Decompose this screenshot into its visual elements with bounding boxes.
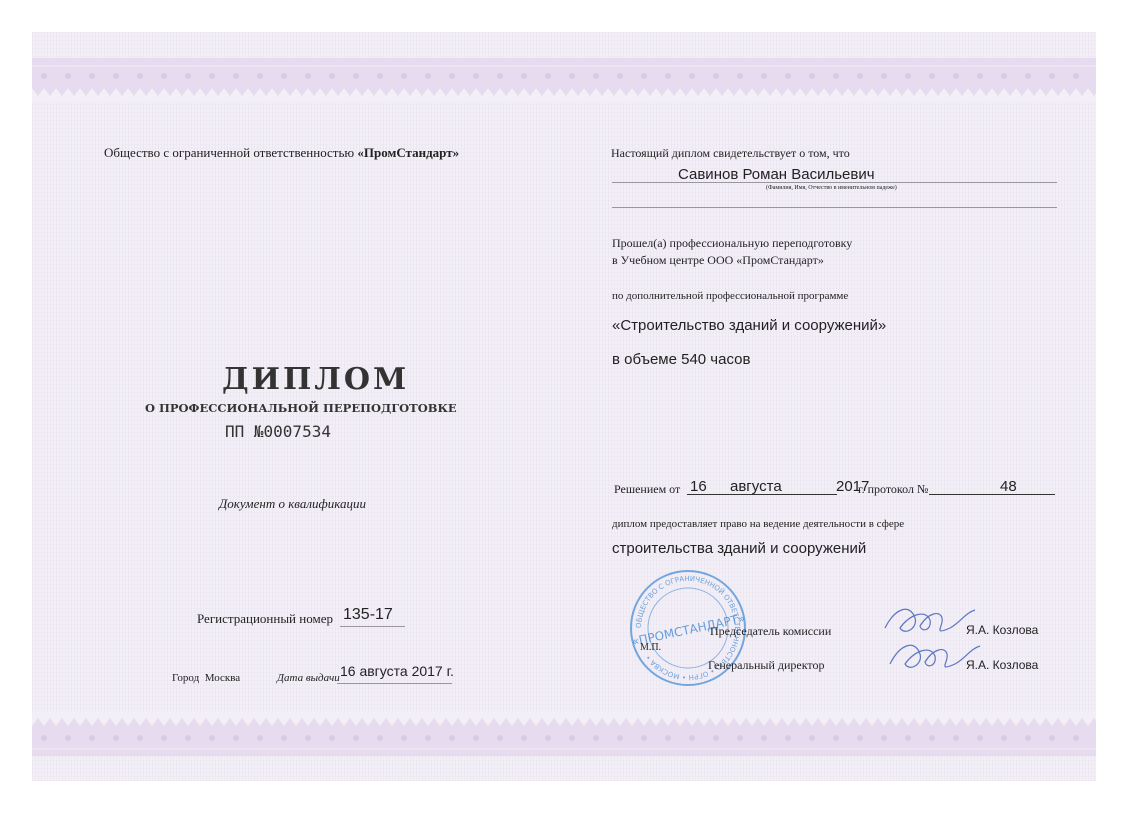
name-caption: (Фамилия, Имя, Отчество в именительном п… <box>766 185 897 191</box>
stamp-mark: М.П. <box>640 642 661 653</box>
issuer-name: «ПромСтандарт» <box>357 145 459 160</box>
decision-day: 16 <box>690 478 707 495</box>
decorative-band-bottom <box>32 712 1096 756</box>
certify-intro: Настоящий диплом свидетельствует о том, … <box>611 146 850 161</box>
issue-date-underline <box>337 683 452 684</box>
registration-number: 135-17 <box>343 606 393 624</box>
program-volume: в объеме 540 часов <box>612 351 750 368</box>
signatory-name-director: Я.А. Козлова <box>966 658 1038 672</box>
issue-date-value: 16 августа 2017 г. <box>340 663 454 679</box>
protocol-number: 48 <box>1000 478 1017 495</box>
city-label: Город <box>172 672 199 684</box>
diploma-serial-number: ПП №0007534 <box>225 422 331 441</box>
decorative-band-top <box>32 58 1096 102</box>
signatory-name-chairman: Я.А. Козлова <box>966 623 1038 637</box>
protocol-underline <box>929 494 1055 495</box>
issuer-label: Общество с ограниченной ответственностью <box>104 145 354 160</box>
issuer-line: Общество с ограниченной ответственностью… <box>104 145 459 161</box>
completed-line-2: в Учебном центре ООО «ПромСтандарт» <box>612 253 824 268</box>
completed-line-1: Прошел(а) профессиональную переподготовк… <box>612 236 852 251</box>
signatory-role-director: Генеральный директор <box>708 658 825 673</box>
decision-month: августа <box>730 478 782 495</box>
decision-label: Решением от <box>614 482 680 497</box>
issue-date-label: Дата выдачи <box>277 672 340 684</box>
activity-sphere: строительства зданий и сооружений <box>612 540 866 557</box>
signature-director-icon <box>885 634 985 679</box>
document-type: Документ о квалификации <box>219 496 366 512</box>
diploma-subtitle: О ПРОФЕССИОНАЛЬНОЙ ПЕРЕПОДГОТОВКЕ <box>145 401 457 415</box>
rights-text: диплом предоставляет право на ведение де… <box>612 518 904 530</box>
protocol-label: г. протокол № <box>858 482 928 497</box>
registration-label: Регистрационный номер <box>197 611 333 627</box>
holder-name: Савинов Роман Васильевич <box>678 166 875 183</box>
program-name: «Строительство зданий и сооружений» <box>612 317 886 334</box>
registration-underline <box>340 626 405 627</box>
city-value: Москва <box>205 672 240 684</box>
diploma-title: ДИПЛОМ <box>222 362 409 397</box>
city-line: Город Москва <box>172 672 240 684</box>
program-label: по дополнительной профессиональной прогр… <box>612 290 848 302</box>
name-underline-2 <box>612 207 1057 208</box>
signatory-role-chairman: Председатель комиссии <box>710 624 831 639</box>
